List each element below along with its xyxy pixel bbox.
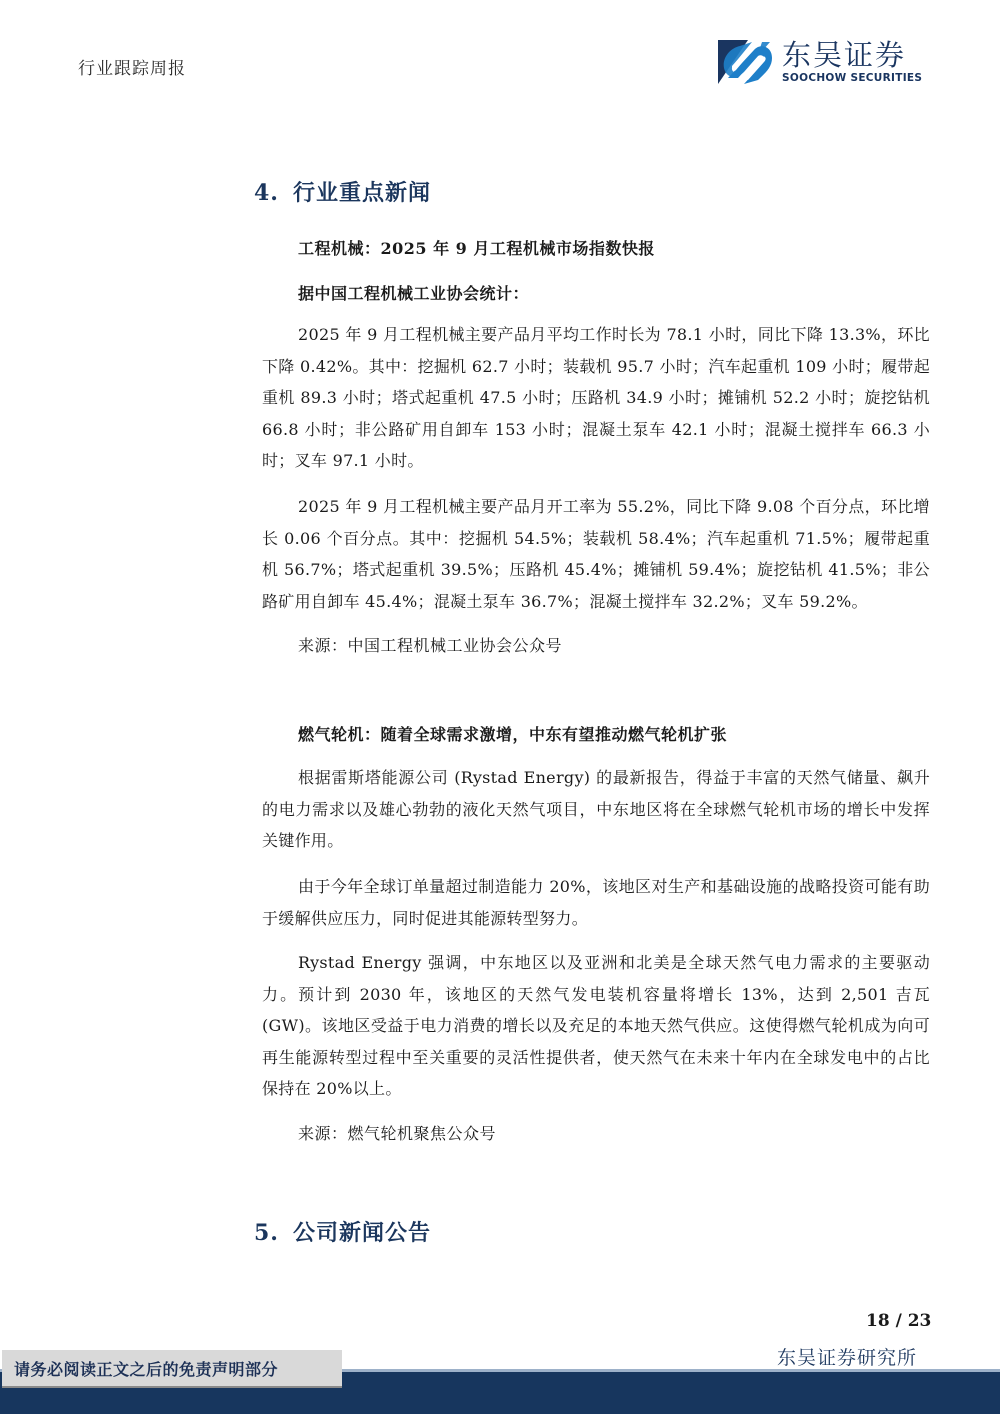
news-1-title: 工程机械：2025 年 9 月工程机械市场指数快报: [298, 236, 655, 259]
news-1-source: 来源：中国工程机械工业协会公众号: [298, 633, 562, 656]
news-2-source: 来源：燃气轮机聚焦公众号: [298, 1121, 496, 1144]
news-1-paragraph: 2025 年 9 月工程机械主要产品月开工率为 55.2%，同比下降 9.08 …: [262, 491, 930, 617]
news-2-title: 燃气轮机：随着全球需求激增，中东有望推动燃气轮机扩张: [298, 722, 727, 745]
footer-org-name: 东吴证券研究所: [777, 1343, 917, 1370]
section-title: 公司新闻公告: [293, 1220, 431, 1246]
news-1-paragraph: 2025 年 9 月工程机械主要产品月平均工作时长为 78.1 小时，同比下降 …: [262, 319, 930, 477]
page-number: 18 / 23: [866, 1311, 931, 1331]
disclaimer-box: 请务必阅读正文之后的免责声明部分: [2, 1350, 342, 1388]
news-1-intro: 据中国工程机械工业协会统计：: [298, 281, 529, 304]
section-number: 5.: [254, 1220, 279, 1246]
section-number: 4.: [254, 180, 279, 206]
logo-name-cn: 东吴证券: [782, 39, 922, 71]
logo-name-en: SOOCHOW SECURITIES: [782, 71, 922, 85]
section-5-heading: 5.公司新闻公告: [254, 1216, 431, 1247]
news-2-paragraph: 由于今年全球订单量超过制造能力 20%，该地区对生产和基础设施的战略投资可能有助…: [262, 871, 930, 934]
news-2-paragraph: Rystad Energy 强调，中东地区以及亚洲和北美是全球天然气电力需求的主…: [262, 947, 930, 1105]
report-type-label: 行业跟踪周报: [78, 54, 186, 79]
disclaimer-text: 请务必阅读正文之后的免责声明部分: [14, 1357, 278, 1380]
section-title: 行业重点新闻: [293, 180, 431, 206]
news-2-paragraph: 根据雷斯塔能源公司 (Rystad Energy) 的最新报告，得益于丰富的天然…: [262, 762, 930, 857]
company-logo: 东吴证券 SOOCHOW SECURITIES: [718, 36, 922, 88]
section-4-heading: 4.行业重点新闻: [254, 176, 431, 207]
soochow-logo-icon: [718, 38, 776, 86]
